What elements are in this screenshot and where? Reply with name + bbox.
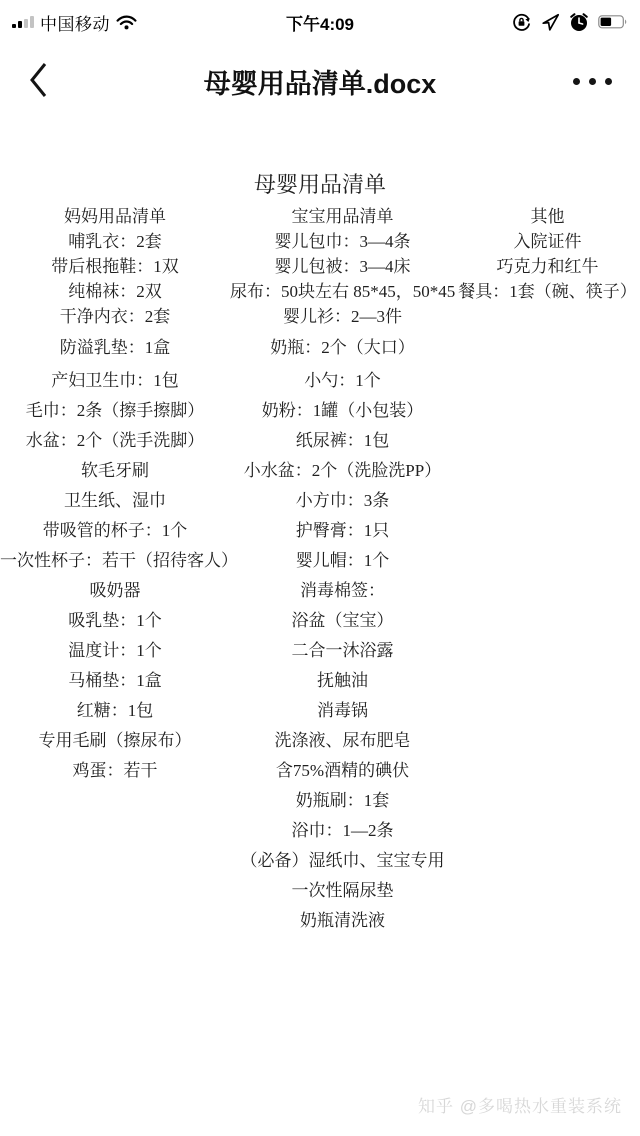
checklist-cell <box>455 327 640 363</box>
checklist-cell: 抚触油 <box>230 663 455 693</box>
checklist-cell <box>455 783 640 813</box>
checklist-cell: 浴巾：1—2条 <box>230 813 455 843</box>
status-left-group: 中国移动 <box>12 10 137 35</box>
clock-label: 下午4:09 <box>286 10 354 35</box>
checklist-cell <box>455 603 640 633</box>
document-title-bar: 母婴用品清单.docx <box>204 62 437 101</box>
table-row: 防溢乳垫：1盒奶瓶：2个（大口） <box>0 327 640 363</box>
table-row: 温度计：1个二合一沐浴露 <box>0 633 640 663</box>
checklist-cell <box>0 843 230 873</box>
checklist-body: 妈妈用品清单宝宝用品清单其他哺乳衣：2套婴儿包巾：3—4条入院证件带后根拖鞋：1… <box>0 202 640 933</box>
table-row: 纯棉袜：2双尿布：50块左右 85*45，50*45餐具：1套（碗、筷子） <box>0 277 640 302</box>
checklist-cell: 吸乳垫：1个 <box>0 603 230 633</box>
checklist-cell: 小勺：1个 <box>230 363 455 393</box>
checklist-cell <box>455 873 640 903</box>
checklist-cell: 婴儿衫：2—3件 <box>230 302 455 327</box>
table-row: 吸乳垫：1个浴盆（宝宝） <box>0 603 640 633</box>
back-button[interactable] <box>26 58 52 102</box>
table-row: 专用毛刷（擦尿布）洗涤液、尿布肥皂 <box>0 723 640 753</box>
checklist-cell: 婴儿包巾：3—4条 <box>230 227 455 252</box>
table-row: 哺乳衣：2套婴儿包巾：3—4条入院证件 <box>0 227 640 252</box>
table-row: 产妇卫生巾：1包小勺：1个 <box>0 363 640 393</box>
checklist-cell: 哺乳衣：2套 <box>0 227 230 252</box>
table-row: 带后根拖鞋：1双婴儿包被：3—4床巧克力和红牛 <box>0 252 640 277</box>
table-row: 奶瓶清洗液 <box>0 903 640 933</box>
wifi-icon <box>116 15 137 30</box>
watermark: 知乎 @多喝热水重装系统 <box>418 1092 622 1117</box>
checklist-cell: 带吸管的杯子：1个 <box>0 513 230 543</box>
table-row: 吸奶器消毒棉签： <box>0 573 640 603</box>
checklist-cell: 消毒棉签： <box>230 573 455 603</box>
checklist-cell: 婴儿帽：1个 <box>230 543 455 573</box>
checklist-cell: 卫生纸、湿巾 <box>0 483 230 513</box>
checklist-cell: 干净内衣：2套 <box>0 302 230 327</box>
checklist-cell <box>0 903 230 933</box>
checklist-cell: 餐具：1套（碗、筷子） <box>455 277 640 302</box>
checklist-cell <box>455 302 640 327</box>
table-row: 软毛牙刷小水盆：2个（洗脸洗PP） <box>0 453 640 483</box>
checklist-cell: 产妇卫生巾：1包 <box>0 363 230 393</box>
chevron-left-icon <box>26 58 52 102</box>
checklist-cell <box>455 453 640 483</box>
table-row: 水盆：2个（洗手洗脚）纸尿裤：1包 <box>0 423 640 453</box>
checklist-cell <box>455 693 640 723</box>
table-row: 干净内衣：2套婴儿衫：2—3件 <box>0 302 640 327</box>
checklist-cell <box>0 873 230 903</box>
checklist-cell <box>455 753 640 783</box>
table-row: 卫生纸、湿巾小方巾：3条 <box>0 483 640 513</box>
table-row: 马桶垫：1盒抚触油 <box>0 663 640 693</box>
battery-icon <box>598 15 628 29</box>
checklist-cell: 温度计：1个 <box>0 633 230 663</box>
checklist-cell: 纯棉袜：2双 <box>0 277 230 302</box>
checklist-cell: 奶粉：1罐（小包装） <box>230 393 455 423</box>
checklist-cell: 洗涤液、尿布肥皂 <box>230 723 455 753</box>
table-row: 带吸管的杯子：1个护臀膏：1只 <box>0 513 640 543</box>
checklist-cell: 宝宝用品清单 <box>230 202 455 227</box>
table-row: 鸡蛋：若干含75%酒精的碘伏 <box>0 753 640 783</box>
table-row: 奶瓶刷：1套 <box>0 783 640 813</box>
checklist-cell: 纸尿裤：1包 <box>230 423 455 453</box>
checklist-cell <box>0 813 230 843</box>
table-row: 红糖：1包消毒锅 <box>0 693 640 723</box>
checklist-cell <box>455 663 640 693</box>
table-row: 一次性杯子：若干（招待客人）婴儿帽：1个 <box>0 543 640 573</box>
checklist-table: 妈妈用品清单宝宝用品清单其他哺乳衣：2套婴儿包巾：3—4条入院证件带后根拖鞋：1… <box>0 202 640 933</box>
alarm-icon <box>569 12 589 32</box>
checklist-cell <box>455 633 640 663</box>
checklist-cell: 一次性隔尿垫 <box>230 873 455 903</box>
checklist-cell <box>455 393 640 423</box>
more-button[interactable] <box>573 72 612 91</box>
checklist-cell: 毛巾：2条（擦手擦脚） <box>0 393 230 423</box>
checklist-cell <box>455 423 640 453</box>
checklist-cell <box>455 903 640 933</box>
checklist-cell: 二合一沐浴露 <box>230 633 455 663</box>
checklist-cell: 红糖：1包 <box>0 693 230 723</box>
checklist-cell: 小方巾：3条 <box>230 483 455 513</box>
checklist-cell <box>455 363 640 393</box>
checklist-cell: 奶瓶刷：1套 <box>230 783 455 813</box>
page-title: 母婴用品清单 <box>0 168 640 202</box>
checklist-cell: 含75%酒精的碘伏 <box>230 753 455 783</box>
checklist-cell: 入院证件 <box>455 227 640 252</box>
checklist-cell: 一次性杯子：若干（招待客人） <box>0 543 230 573</box>
checklist-cell <box>455 483 640 513</box>
checklist-cell: 软毛牙刷 <box>0 453 230 483</box>
checklist-cell: 奶瓶：2个（大口） <box>230 327 455 363</box>
ellipsis-icon <box>573 78 580 85</box>
nav-bar: 母婴用品清单.docx <box>0 44 640 118</box>
checklist-cell: 马桶垫：1盒 <box>0 663 230 693</box>
document-content[interactable]: 母婴用品清单 妈妈用品清单宝宝用品清单其他哺乳衣：2套婴儿包巾：3—4条入院证件… <box>0 168 640 933</box>
checklist-cell <box>455 573 640 603</box>
checklist-cell: （必备）湿纸巾、宝宝专用 <box>230 843 455 873</box>
checklist-cell: 防溢乳垫：1盒 <box>0 327 230 363</box>
checklist-cell: 巧克力和红牛 <box>455 252 640 277</box>
checklist-cell <box>455 843 640 873</box>
checklist-cell <box>455 813 640 843</box>
location-icon <box>541 13 560 32</box>
table-row: 一次性隔尿垫 <box>0 873 640 903</box>
checklist-cell: 婴儿包被：3—4床 <box>230 252 455 277</box>
column-header-row: 妈妈用品清单宝宝用品清单其他 <box>0 202 640 227</box>
checklist-cell: 小水盆：2个（洗脸洗PP） <box>230 453 455 483</box>
checklist-cell: 带后根拖鞋：1双 <box>0 252 230 277</box>
signal-icon <box>12 16 34 29</box>
carrier-label: 中国移动 <box>40 10 110 35</box>
checklist-cell <box>0 783 230 813</box>
status-bar: 中国移动 下午4:09 <box>0 0 640 44</box>
checklist-cell: 鸡蛋：若干 <box>0 753 230 783</box>
rotation-lock-icon <box>511 12 532 33</box>
checklist-cell: 浴盆（宝宝） <box>230 603 455 633</box>
checklist-cell: 奶瓶清洗液 <box>230 903 455 933</box>
checklist-cell: 专用毛刷（擦尿布） <box>0 723 230 753</box>
table-row: （必备）湿纸巾、宝宝专用 <box>0 843 640 873</box>
checklist-cell: 吸奶器 <box>0 573 230 603</box>
checklist-cell <box>455 723 640 753</box>
checklist-cell: 水盆：2个（洗手洗脚） <box>0 423 230 453</box>
table-row: 浴巾：1—2条 <box>0 813 640 843</box>
checklist-cell <box>455 543 640 573</box>
status-right-group <box>511 12 628 33</box>
checklist-cell <box>455 513 640 543</box>
checklist-cell: 消毒锅 <box>230 693 455 723</box>
table-row: 毛巾：2条（擦手擦脚）奶粉：1罐（小包装） <box>0 393 640 423</box>
checklist-cell: 妈妈用品清单 <box>0 202 230 227</box>
checklist-cell: 其他 <box>455 202 640 227</box>
checklist-cell: 尿布：50块左右 85*45，50*45 <box>230 277 455 302</box>
checklist-cell: 护臀膏：1只 <box>230 513 455 543</box>
